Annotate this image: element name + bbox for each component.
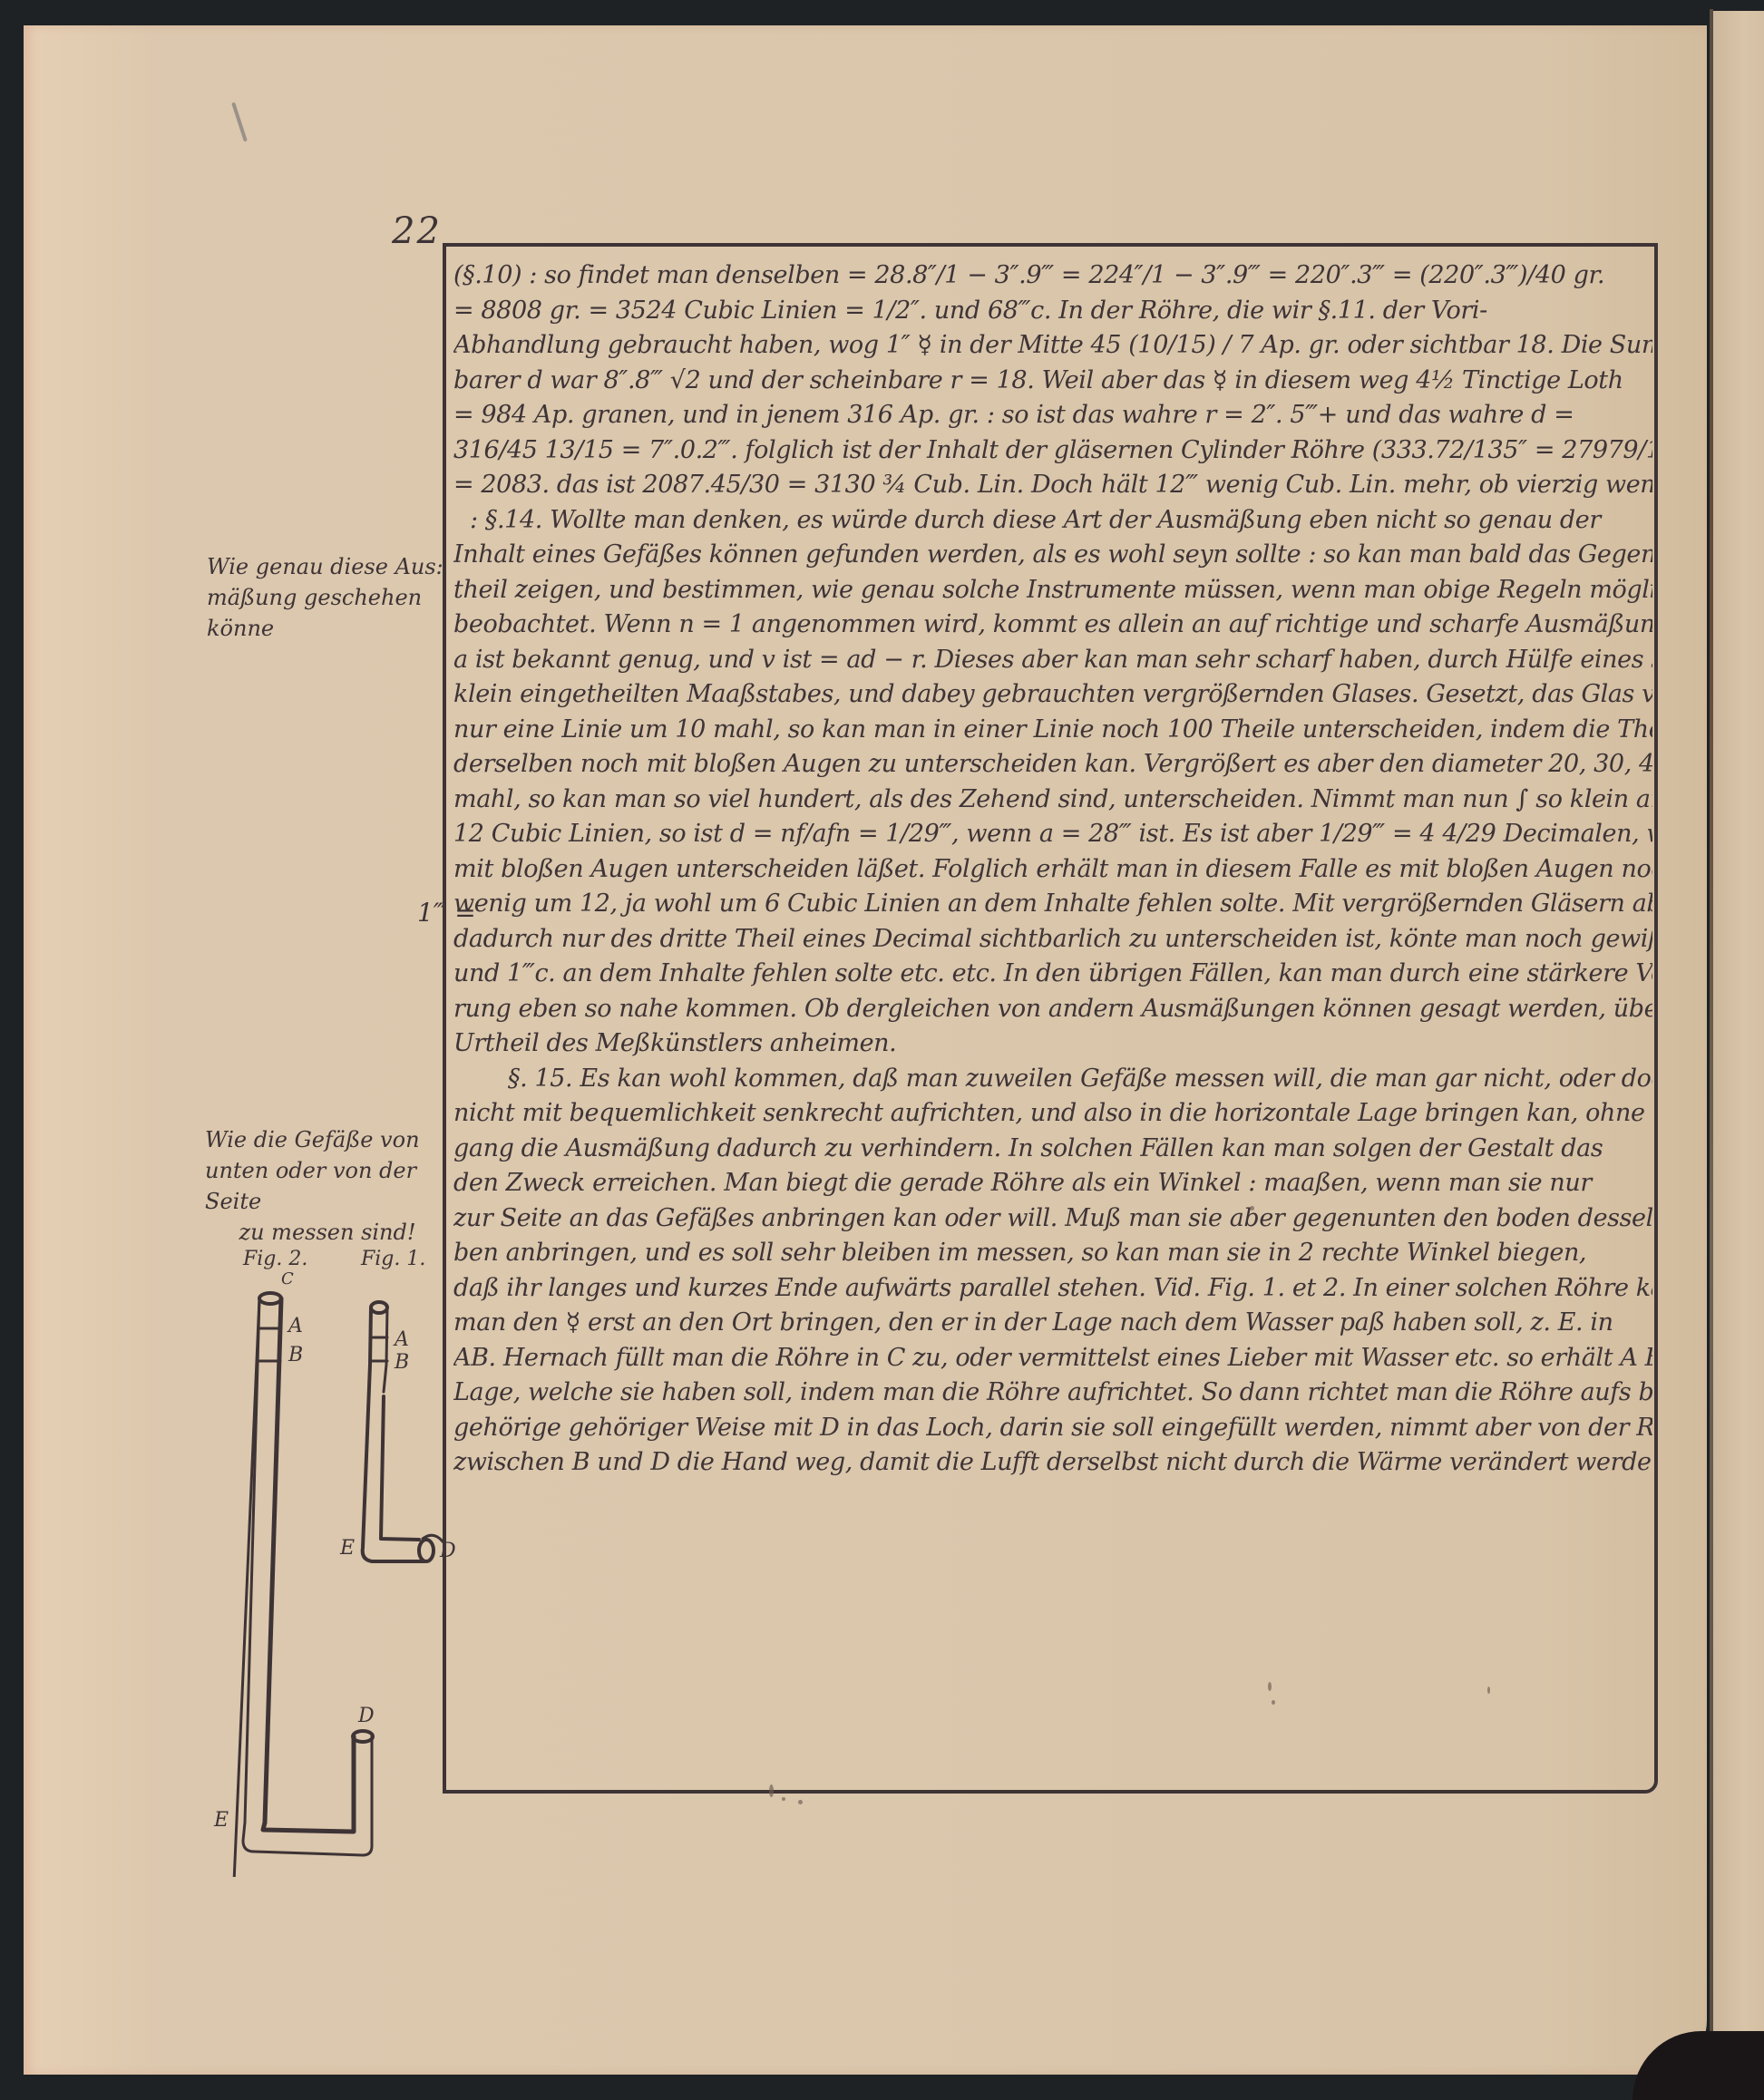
- scan-background: 22 Wie genau diese Aus: mäßung geschehen…: [0, 0, 1764, 2100]
- text-line: zur Seite an das Gefäßes anbringen kan o…: [453, 1201, 1652, 1237]
- margin-note-line: Wie die Gefäße von: [205, 1124, 450, 1155]
- text-line: wenig um 12, ja wohl um 6 Cubic Linien a…: [453, 887, 1652, 922]
- text-line: gang die Ausmäßung dadurch zu verhindern…: [453, 1132, 1652, 1167]
- text-line: beobachtet. Wenn n = 1 angenommen wird, …: [453, 608, 1652, 643]
- text-line: theil zeigen, und bestimmen, wie genau s…: [453, 573, 1652, 608]
- fig2-label-c: C: [281, 1269, 294, 1288]
- text-line: Inhalt eines Gefäßes können gefunden wer…: [453, 538, 1652, 573]
- text-line: Lage, welche sie haben soll, indem man d…: [453, 1376, 1652, 1411]
- text-line: rung eben so nahe kommen. Ob dergleichen…: [453, 992, 1652, 1027]
- adjacent-page-edge: [1713, 11, 1764, 2060]
- text-line: barer d war 8″.8‴ √2 und der scheinbare …: [453, 364, 1652, 399]
- fig1-label-b: B: [395, 1351, 409, 1374]
- text-line: = 2083. das ist 2087.45/30 = 3130 ¾ Cub.…: [453, 468, 1652, 503]
- fig1-label-e: E: [340, 1537, 355, 1560]
- section-15-heading-line: §. 15. Es kan wohl kommen, daß man zuwei…: [453, 1062, 1652, 1097]
- margin-note-line: Wie genau diese Aus:: [207, 551, 470, 582]
- text-line: nicht mit bequemlichkeit senkrecht aufri…: [453, 1096, 1652, 1132]
- fig1-label-a: A: [395, 1328, 409, 1351]
- text-line: mit bloßen Augen unterscheiden läßet. Fo…: [453, 852, 1652, 888]
- figures-area: Fig. 2. C A B E D Fig. 1. A B E D: [209, 1242, 463, 1877]
- ink-speck: [1272, 1700, 1275, 1705]
- text-line: = 984 Ap. granen, und in jenem 316 Ap. g…: [453, 398, 1652, 433]
- text-line: (§.10) : so findet man denselben = 28.8″…: [453, 258, 1652, 294]
- text-line: den Zweck erreichen. Man biegt die gerad…: [453, 1166, 1652, 1201]
- section-14-heading-line: : §.14. Wollte man denken, es würde durc…: [453, 503, 1652, 539]
- fig2-label-d: D: [358, 1705, 375, 1727]
- ink-speck: [782, 1797, 785, 1801]
- text-line: nur eine Linie um 10 mahl, so kan man in…: [453, 713, 1652, 748]
- text-line: dadurch nur des dritte Theil eines Decim…: [453, 922, 1652, 958]
- margin-note-section-14: Wie genau diese Aus: mäßung geschehen kö…: [207, 551, 470, 644]
- manuscript-text-body: (§.10) : so findet man denselben = 28.8″…: [453, 258, 1652, 1481]
- ink-speck: [1268, 1682, 1272, 1691]
- text-line: und 1‴c. an dem Inhalte fehlen solte etc…: [453, 957, 1652, 992]
- fig1-title: Fig. 1.: [361, 1248, 425, 1270]
- fig2-tube: [227, 1293, 373, 1877]
- fig2-label-a: A: [288, 1315, 303, 1337]
- text-line: gehörige gehöriger Weise mit D in das Lo…: [453, 1411, 1652, 1446]
- margin-note-line: mäßung geschehen könne: [207, 582, 470, 644]
- text-line: derselben noch mit bloßen Augen zu unter…: [453, 747, 1652, 783]
- fig2-label-b: B: [288, 1344, 303, 1366]
- text-line: = 8808 gr. = 3524 Cubic Linien = 1/2″. u…: [453, 294, 1652, 329]
- text-line: daß ihr langes und kurzes Ende aufwärts …: [453, 1271, 1652, 1307]
- tube-diagrams: [209, 1242, 463, 1877]
- text-line: Abhandlung gebraucht haben, wog 1″ ☿ in …: [453, 328, 1652, 364]
- ink-speck: [798, 1800, 803, 1804]
- ink-speck: [769, 1784, 774, 1797]
- text-line: man den ☿ erst an den Ort bringen, den e…: [453, 1306, 1652, 1341]
- text-line: klein eingetheilten Maaßstabes, und dabe…: [453, 677, 1652, 713]
- margin-note-line: unten oder von der Seite: [205, 1155, 450, 1217]
- fig2-label-e: E: [214, 1809, 229, 1832]
- fig2-title: Fig. 2.: [243, 1248, 307, 1270]
- text-line: 12 Cubic Linien, so ist d = nf/afn = 1/2…: [453, 817, 1652, 852]
- page-number: 22: [392, 210, 442, 252]
- text-line: 316/45 13/15 = 7″.0.2‴. folglich ist der…: [453, 433, 1652, 469]
- text-line: mahl, so kan man so viel hundert, als de…: [453, 783, 1652, 818]
- text-line: ben anbringen, und es soll sehr bleiben …: [453, 1236, 1652, 1271]
- margin-note-section-15: Wie die Gefäße von unten oder von der Se…: [205, 1124, 450, 1248]
- text-line: zwischen B und D die Hand weg, damit die…: [453, 1445, 1652, 1481]
- ink-speck: [1250, 1206, 1254, 1210]
- fig1-label-d: D: [440, 1540, 456, 1562]
- ink-speck: [1487, 1687, 1490, 1694]
- text-line: AB. Hernach füllt man die Röhre in C zu,…: [453, 1341, 1652, 1376]
- text-line: Urtheil des Meßkünstlers anheimen.: [453, 1026, 1652, 1062]
- text-line: a ist bekannt genug, und v ist = ad − r.…: [453, 643, 1652, 678]
